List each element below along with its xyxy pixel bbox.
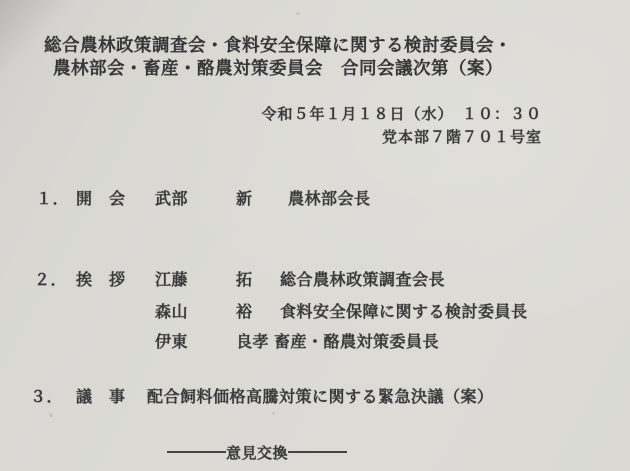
agenda-item-label: 議 事 xyxy=(76,384,126,407)
agenda-item-content: 配合飼料価格高騰対策に関する緊急決議（案） xyxy=(147,384,494,407)
agenda-item-2: ２． 挨 拶 江藤 拓 総合農林政策調査会長 xyxy=(0,267,630,289)
footer-label: 意見交換 xyxy=(226,442,288,463)
attendee-given-name: 良孝 xyxy=(236,329,269,352)
document-page: 総合農林政策調査会・食料安全保障に関する検討委員会・ 農林部会・畜産・酪農対策委… xyxy=(0,0,630,471)
title-line-2: 農林部会・畜産・酪農対策委員会 合同会議次第（案） xyxy=(0,57,556,80)
attendee-surname: 江藤 xyxy=(155,267,188,290)
attendee-surname: 伊東 xyxy=(155,329,188,352)
agenda-item-2-attendee-2: 森山 裕 食料安全保障に関する検討委員長 xyxy=(0,299,630,321)
agenda-item-number: ２． xyxy=(34,267,67,290)
attendee-role: 総合農林政策調査会長 xyxy=(280,267,445,290)
agenda-item-label: 挨 拶 xyxy=(76,267,126,290)
attendee-surname: 武部 xyxy=(155,186,188,209)
agenda-item-label: 開 会 xyxy=(76,186,126,209)
agenda-item-number: ３． xyxy=(30,384,63,407)
attendee-given-name: 拓 xyxy=(236,267,253,290)
attendee-given-name: 新 xyxy=(236,186,253,209)
agenda-item-3: ３． 議 事 配合飼料価格高騰対策に関する緊急決議（案） xyxy=(0,384,630,406)
title-line-1: 総合農林政策調査会・食料安全保障に関する検討委員会・ xyxy=(0,34,556,57)
paper-speck xyxy=(272,412,275,415)
meta-block: 令和５年１月１８日（水） １０：３０ 党本部７階７０１号室 xyxy=(261,103,542,149)
meeting-datetime: 令和５年１月１８日（水） １０：３０ xyxy=(261,103,542,126)
attendee-role: 農林部会長 xyxy=(288,186,371,209)
attendee-given-name: 裕 xyxy=(236,299,253,322)
attendee-role: 食料安全保障に関する検討委員長 xyxy=(280,299,528,322)
agenda-item-1: １． 開 会 武部 新 農林部会長 xyxy=(0,186,630,208)
footer-exchange-section: 意見交換 xyxy=(167,441,347,463)
attendee-surname: 森山 xyxy=(155,299,188,322)
agenda-item-2-attendee-3: 伊東 良孝 畜産・酪農対策委員長 xyxy=(0,329,630,351)
left-rule-line xyxy=(167,451,226,453)
meeting-location: 党本部７階７０１号室 xyxy=(261,126,542,149)
attendee-role: 畜産・酪農対策委員長 xyxy=(274,329,439,352)
paper-speck xyxy=(49,413,53,417)
right-rule-line xyxy=(288,451,347,453)
document-title: 総合農林政策調査会・食料安全保障に関する検討委員会・ 農林部会・畜産・酪農対策委… xyxy=(0,34,556,80)
paper-speck xyxy=(296,12,300,15)
agenda-item-number: １． xyxy=(36,186,69,209)
